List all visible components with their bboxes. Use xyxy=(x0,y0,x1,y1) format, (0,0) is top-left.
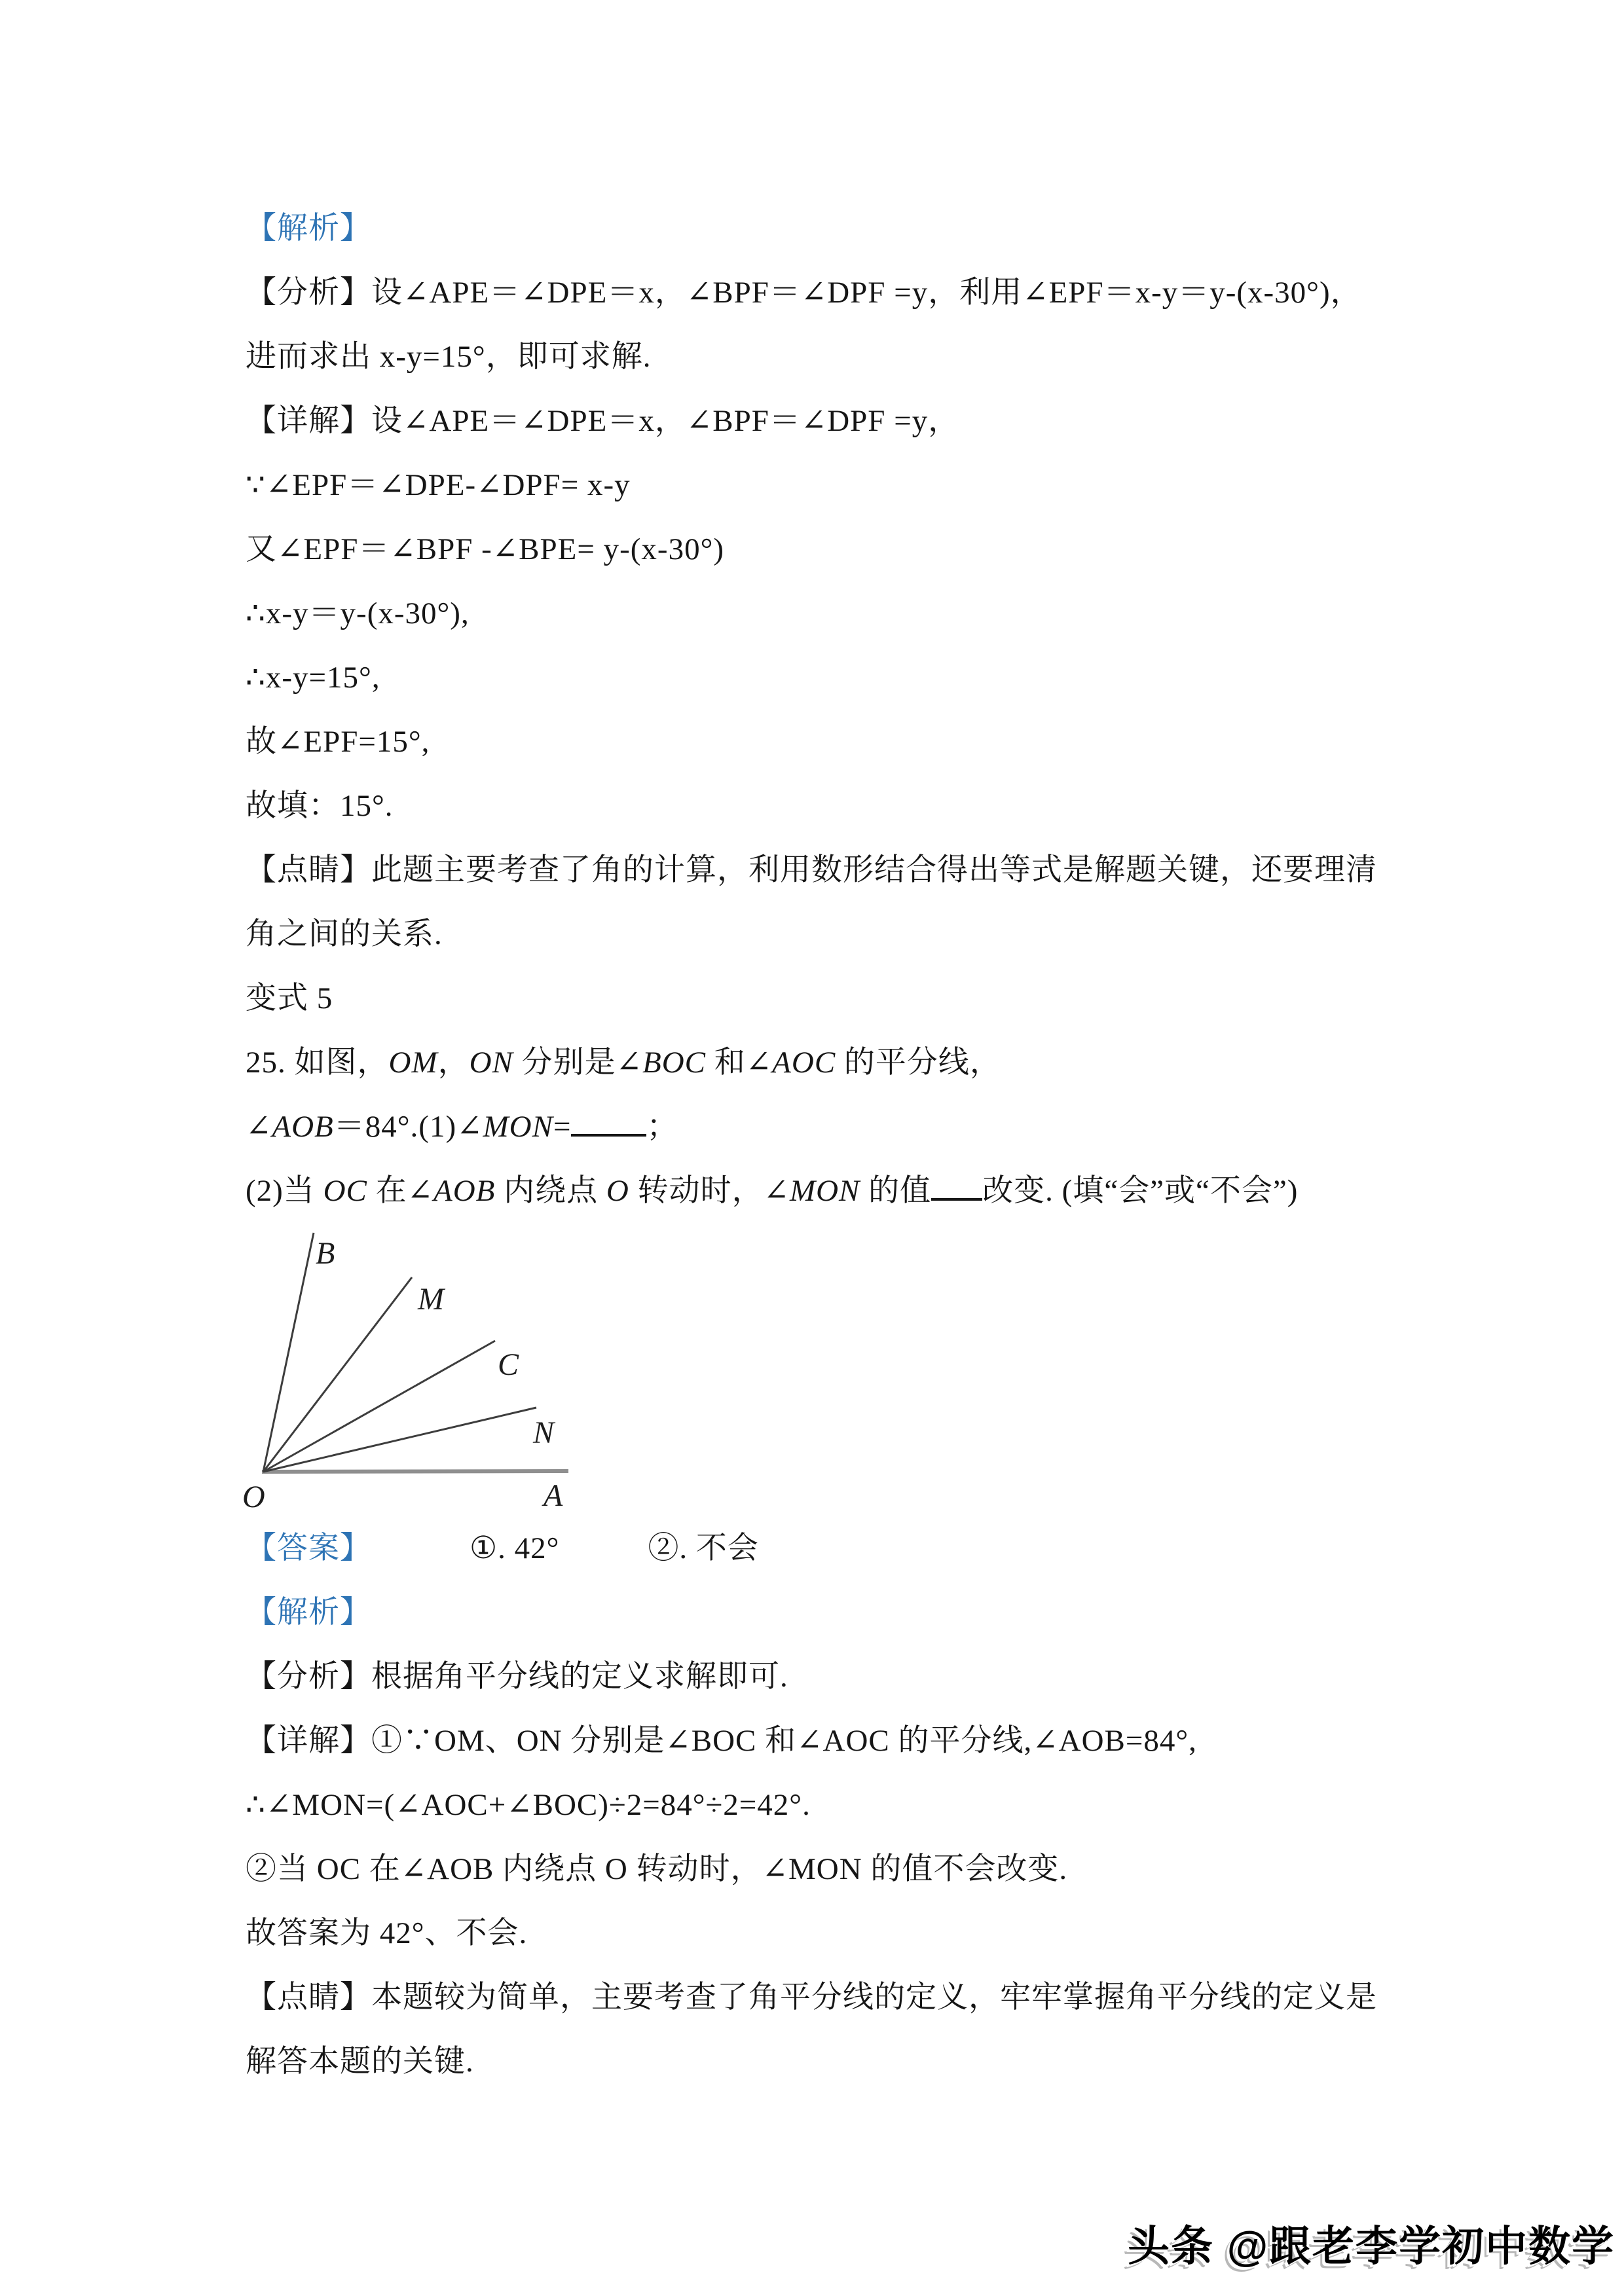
document-body: 【解析】【分析】设∠APE＝∠DPE＝x，∠BPF＝∠DPF =y，利用∠EPF… xyxy=(246,196,1398,2094)
figure-label-n: N xyxy=(532,1415,556,1450)
problem-25-q2: (2)当 OC 在∠AOB 内绕点 O 转动时，∠MON 的值改变. (填“会”… xyxy=(246,1159,1398,1223)
text-run: ②. 不会 xyxy=(648,1531,759,1565)
detail-1-setup: 【详解】设∠APE＝∠DPE＝x，∠BPF＝∠DPF =y， xyxy=(246,389,1398,453)
text-run: ， xyxy=(438,1046,470,1080)
text-run: ∴x-y＝y-(x-30°), xyxy=(246,596,470,630)
text-run: 【分析】根据角平分线的定义求解即可. xyxy=(246,1660,788,1694)
figure-label-o: O xyxy=(242,1480,265,1514)
answer-line: 【答案】①. 42°②. 不会 xyxy=(246,1516,1398,1580)
comment-1-line-1: 【点睛】此题主要考查了角的计算，利用数形结合得出等式是解题关键，还要理清 xyxy=(246,838,1398,902)
text-run: 的平分线， xyxy=(836,1046,1001,1080)
text-run: 内绕点 xyxy=(495,1174,606,1208)
text-run: 和∠ xyxy=(706,1046,772,1080)
section-label-analysis-1: 【解析】 xyxy=(246,196,1398,261)
text-run: AOB xyxy=(434,1174,495,1208)
text-run: 解答本题的关键. xyxy=(246,2045,474,2079)
text-run: MON xyxy=(483,1110,553,1144)
eq-xy-value: ∴x-y=15°, xyxy=(246,646,1398,710)
detail-2-line-1: 【详解】①∵OM、ON 分别是∠BOC 和∠AOC 的平分线,∠AOB=84°, xyxy=(246,1709,1398,1773)
figure-label-b: B xyxy=(316,1236,335,1271)
text-run: 【详解】设∠APE＝∠DPE＝x，∠BPF＝∠DPF =y， xyxy=(246,404,959,438)
geometry-figure: B M C N O A xyxy=(223,1223,576,1519)
problem-25-statement: 25. 如图，OM，ON 分别是∠BOC 和∠AOC 的平分线， xyxy=(246,1030,1398,1095)
text-run: 进而求出 x-y=15°，即可求解. xyxy=(246,340,651,374)
text-run: = xyxy=(553,1110,572,1144)
text-run: ∴∠MON=(∠AOC+∠BOC)÷2=84°÷2=42°. xyxy=(246,1788,811,1822)
text-run: 故答案为 42°、不会. xyxy=(246,1916,527,1950)
ray-oc xyxy=(263,1341,495,1472)
fill-in-blank xyxy=(931,1181,982,1201)
text-run: (2)当 xyxy=(246,1174,323,1208)
text-run: AOC xyxy=(772,1046,836,1080)
fill-answer: 故填：15°. xyxy=(246,774,1398,838)
problem-25-q1: ∠AOB＝84°.(1)∠MON=； xyxy=(246,1095,1398,1159)
eq-epf-bpf-bpe: 又∠EPF＝∠BPF -∠BPE= y-(x-30°) xyxy=(246,517,1398,581)
figure-label-a: A xyxy=(542,1478,563,1513)
text-run: 分别是∠ xyxy=(513,1046,642,1080)
ray-ob xyxy=(263,1233,314,1472)
text-run: OC xyxy=(323,1174,367,1208)
text-run: 【解析】 xyxy=(246,211,371,246)
text-run: ∠ xyxy=(246,1110,272,1144)
answer-summary: 故答案为 42°、不会. xyxy=(246,1901,1398,1965)
text-run: MON xyxy=(790,1174,860,1208)
text-run: 故填：15°. xyxy=(246,789,394,823)
analysis-2: 【分析】根据角平分线的定义求解即可. xyxy=(246,1645,1398,1709)
text-run: 的值 xyxy=(860,1174,931,1208)
comment-2-line-1: 【点睛】本题较为简单，主要考查了角平分线的定义，牢牢掌握角平分线的定义是 xyxy=(246,1965,1398,2030)
text-run: ； xyxy=(646,1110,678,1144)
text-run: 角之间的关系. xyxy=(246,917,443,951)
comment-2-line-2: 解答本题的关键. xyxy=(246,2030,1398,2094)
figure-label-m: M xyxy=(417,1282,446,1317)
text-run: 变式 5 xyxy=(246,981,333,1015)
text-run: 【解析】 xyxy=(246,1595,371,1630)
text-run: 故∠EPF=15°, xyxy=(246,725,430,759)
analysis-1-setup: 【分析】设∠APE＝∠DPE＝x，∠BPF＝∠DPF =y，利用∠EPF＝x-y… xyxy=(246,261,1398,325)
text-run: O xyxy=(606,1174,629,1208)
text-run: ＝84°.(1)∠ xyxy=(334,1110,483,1144)
detail-2-line-2: ②当 OC 在∠AOB 内绕点 O 转动时，∠MON 的值不会改变. xyxy=(246,1837,1398,1901)
text-run: 在∠ xyxy=(367,1174,434,1208)
fill-in-blank xyxy=(571,1117,646,1137)
eq-epf-value: 故∠EPF=15°, xyxy=(246,710,1398,774)
text-run: ②当 OC 在∠AOB 内绕点 O 转动时，∠MON 的值不会改变. xyxy=(246,1852,1067,1886)
text-run: BOC xyxy=(642,1046,706,1080)
text-run: OM xyxy=(389,1046,438,1080)
ray-oa xyxy=(262,1471,568,1472)
spacing-gap xyxy=(559,1558,648,1558)
text-run: 又∠EPF＝∠BPF -∠BPE= y-(x-30°) xyxy=(246,532,724,566)
text-run: 【点睛】本题较为简单，主要考查了角平分线的定义，牢牢掌握角平分线的定义是 xyxy=(246,1980,1377,2014)
text-run: 25. 如图， xyxy=(246,1046,389,1080)
analysis-1-followup: 进而求出 x-y=15°，即可求解. xyxy=(246,325,1398,389)
variant-label: 变式 5 xyxy=(246,966,1398,1030)
text-run: 【详解】①∵OM、ON 分别是∠BOC 和∠AOC 的平分线,∠AOB=84°, xyxy=(246,1724,1197,1758)
text-run: ①. 42° xyxy=(470,1531,559,1565)
eq-mon: ∴∠MON=(∠AOC+∠BOC)÷2=84°÷2=42°. xyxy=(246,1773,1398,1837)
section-label-analysis-2: 【解析】 xyxy=(246,1580,1398,1645)
spacing-gap xyxy=(371,1558,470,1558)
eq-epf-dpe-dpf: ∵∠EPF＝∠DPE-∠DPF= x-y xyxy=(246,453,1398,517)
text-run: ∴x-y=15°, xyxy=(246,661,380,695)
text-run: 转动时，∠ xyxy=(629,1174,790,1208)
text-run: ON xyxy=(470,1046,513,1080)
text-run: AOB xyxy=(272,1110,333,1144)
figure-label-c: C xyxy=(498,1347,519,1382)
text-run: 【分析】设∠APE＝∠DPE＝x，∠BPF＝∠DPF =y，利用∠EPF＝x-y… xyxy=(246,276,1362,310)
text-run: 改变. (填“会”或“不会”) xyxy=(982,1174,1298,1208)
text-run: 【点睛】此题主要考查了角的计算，利用数形结合得出等式是解题关键，还要理清 xyxy=(246,853,1377,887)
eq-xy-identity: ∴x-y＝y-(x-30°), xyxy=(246,581,1398,646)
watermark: 头条 @跟老李学初中数学 xyxy=(1128,2213,1615,2273)
page: { "page": { "background": "#ffffff", "te… xyxy=(0,0,1624,2296)
comment-1-line-2: 角之间的关系. xyxy=(246,902,1398,966)
text-run: ∵∠EPF＝∠DPE-∠DPF= x-y xyxy=(246,468,631,502)
text-run: 【答案】 xyxy=(246,1531,371,1565)
